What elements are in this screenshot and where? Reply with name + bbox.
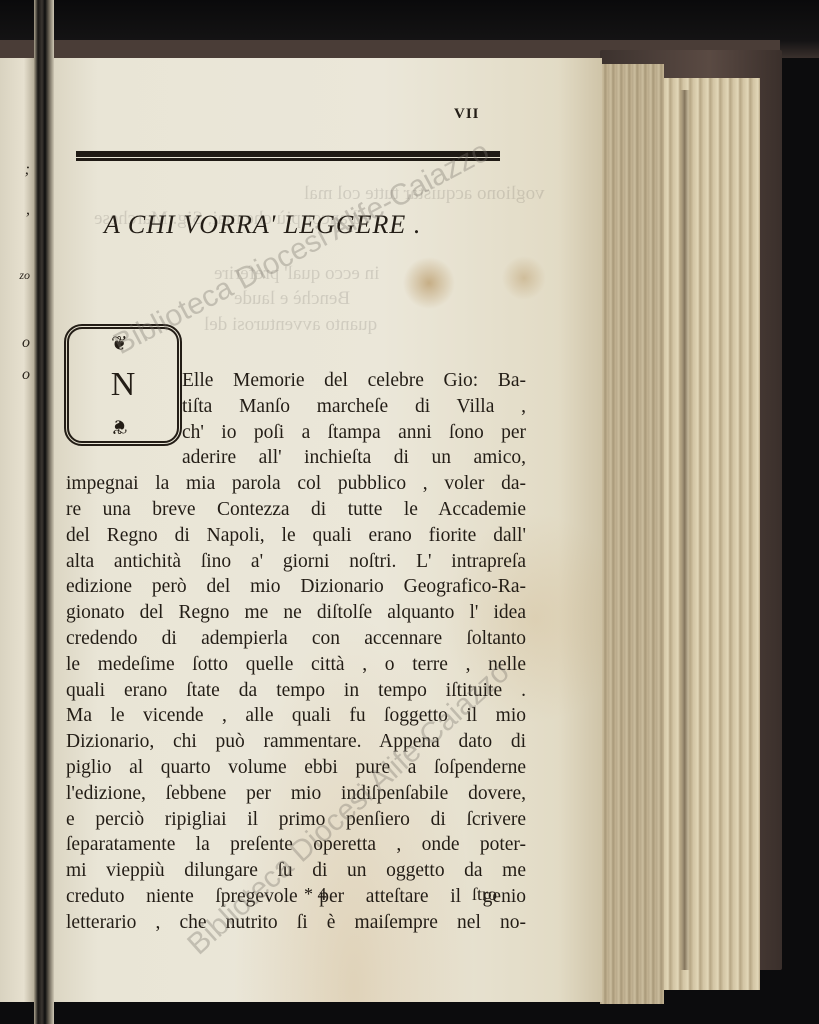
left-page-fragment: o	[22, 334, 30, 352]
left-page-fragment: zo	[19, 268, 30, 283]
left-page-fragment: ,	[26, 201, 30, 219]
page-number: VII	[454, 106, 480, 123]
right-page: vogliono acquistar tutte col mal ed anco…	[54, 58, 602, 1002]
text-line: tiſta Manſo marcheſe di Villa ,	[66, 394, 526, 420]
text-line: le medeſime ſotto quelle città , o terre…	[66, 652, 526, 678]
text-line: Elle Memorie del celebre Gio: Ba-	[66, 368, 526, 394]
text-line: impegnai la mia parola col pubblico , vo…	[66, 471, 526, 497]
left-page-edge: ; , zo o o	[0, 58, 34, 1002]
text-line: aderire all' inchieſta di un amico,	[66, 445, 526, 471]
catchword: ſtro	[472, 884, 497, 905]
text-line: alta antichità ſino a' giorni noſtri. L'…	[66, 549, 526, 575]
left-page-fragment: o	[22, 366, 30, 384]
text-line: edizione però del mio Dizionario Geograf…	[66, 574, 526, 600]
text-line: piglio al quarto volume ebbi pure a ſoſp…	[66, 755, 526, 781]
page-fore-edge	[600, 64, 664, 1004]
signature-mark: * 4	[304, 884, 327, 905]
page-stack-edge	[664, 78, 760, 990]
bleed-through-text: quanto avventurosi del	[204, 314, 377, 336]
text-line: re una breve Contezza di tutte le Accade…	[66, 497, 526, 523]
text-line: l'edizione, ſebbene per mio indiſpenſabi…	[66, 781, 526, 807]
text-line: e perciò ripigliai il primo penſiero di …	[66, 807, 526, 833]
text-line: del Regno di Napoli, le quali erano fior…	[66, 523, 526, 549]
page-crease	[680, 90, 690, 970]
text-line: gionato del Regno me ne diſtolſe alquant…	[66, 600, 526, 626]
text-line: letterario , che nutrito ſi è maiſempre …	[66, 910, 526, 936]
text-line: credendo di adempierla con accennare ſol…	[66, 626, 526, 652]
left-page-fragment: ;	[25, 161, 30, 179]
text-line: creduto niente ſpregevole per atteſtare …	[66, 884, 526, 910]
text-line: ch' io poſi a ſtampa anni ſono per	[66, 420, 526, 446]
book-gutter	[34, 0, 54, 1024]
